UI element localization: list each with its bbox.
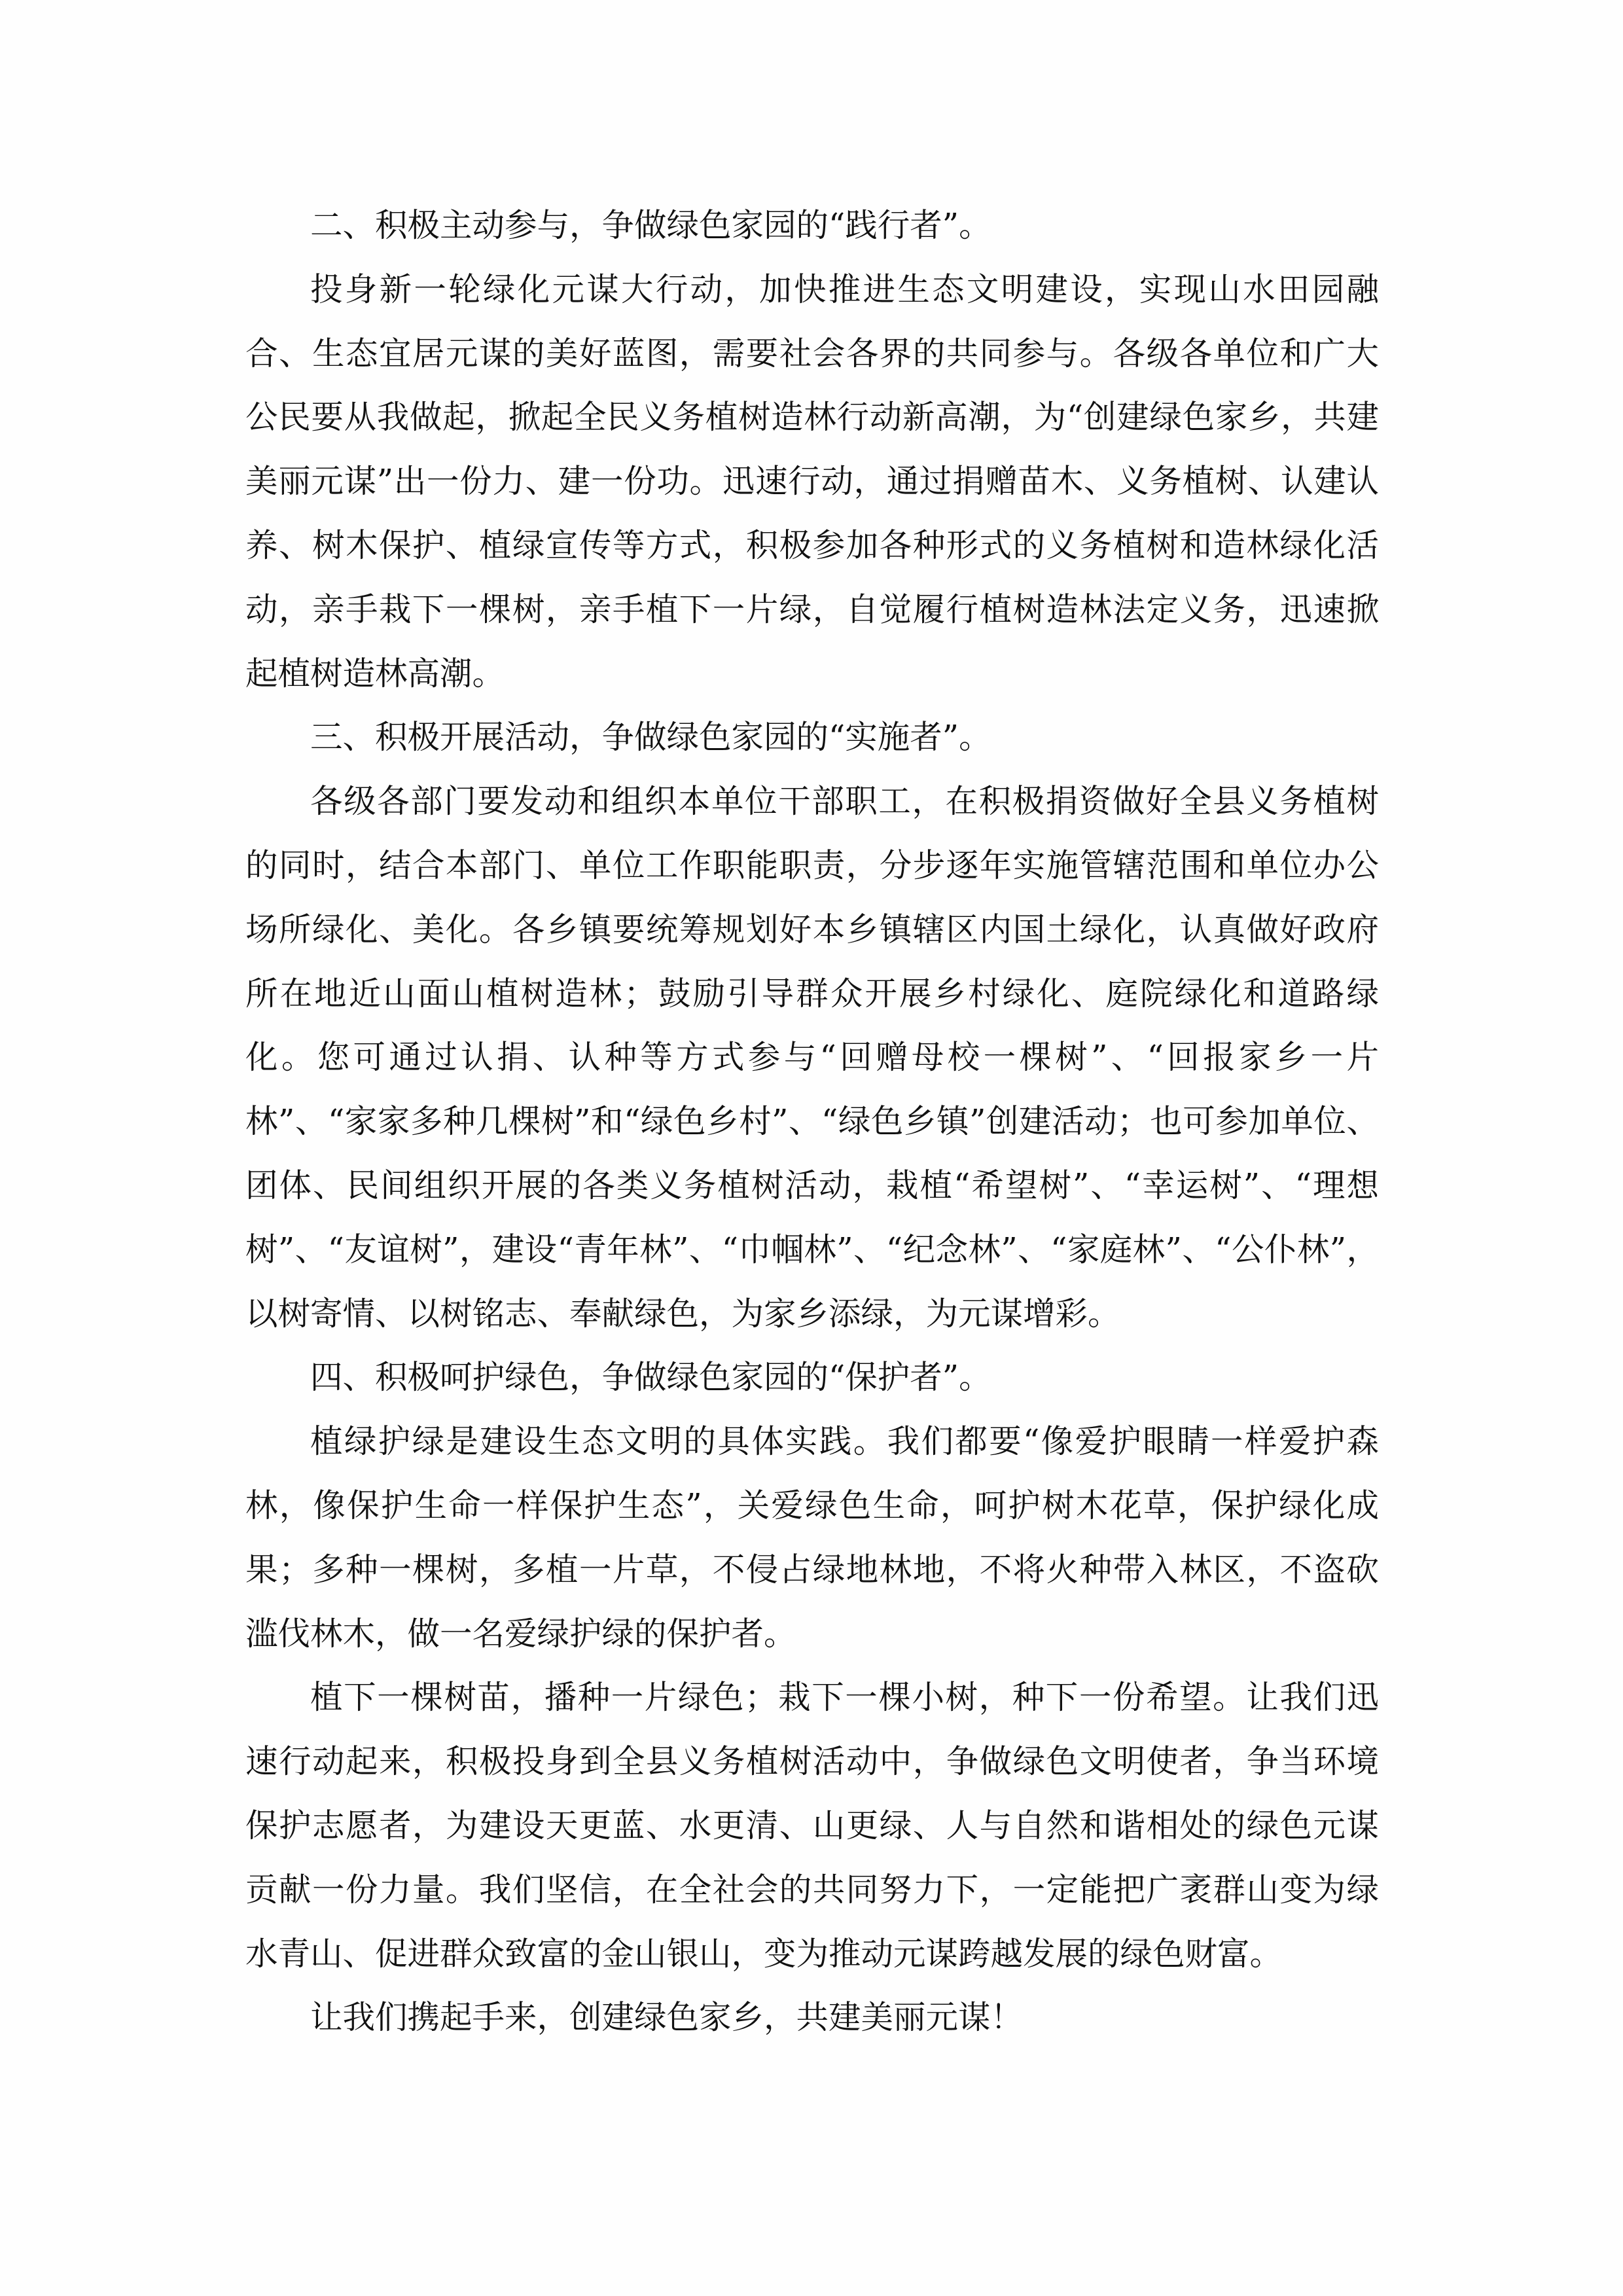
section-heading: 四、积极呵护绿色，争做绿色家园的“保护者”。: [245, 1346, 1379, 1410]
document-page: 二、积极主动参与，争做绿色家园的“践行者”。 投身新一轮绿化元谋大行动，加快推进…: [245, 194, 1379, 2050]
body-paragraph: 植下一棵树苗，播种一片绿色；栽下一棵小树，种下一份希望。让我们迅速行动起来，积极…: [245, 1666, 1379, 1986]
section-practitioner: 二、积极主动参与，争做绿色家园的“践行者”。 投身新一轮绿化元谋大行动，加快推进…: [245, 194, 1379, 706]
body-paragraph: 植绿护绿是建设生态文明的具体实践。我们都要“像爱护眼睛一样爱护森林，像保护生命一…: [245, 1410, 1379, 1666]
section-heading: 三、积极开展活动，争做绿色家园的“实施者”。: [245, 706, 1379, 770]
body-paragraph: 各级各部门要发动和组织本单位干部职工，在积极捐资做好全县义务植树的同时，结合本部…: [245, 770, 1379, 1346]
section-protector: 四、积极呵护绿色，争做绿色家园的“保护者”。 植绿护绿是建设生态文明的具体实践。…: [245, 1346, 1379, 2050]
section-heading: 二、积极主动参与，争做绿色家园的“践行者”。: [245, 194, 1379, 258]
closing-paragraph: 让我们携起手来，创建绿色家乡，共建美丽元谋！: [245, 1986, 1379, 2050]
body-paragraph: 投身新一轮绿化元谋大行动，加快推进生态文明建设，实现山水田园融合、生态宜居元谋的…: [245, 258, 1379, 706]
section-implementer: 三、积极开展活动，争做绿色家园的“实施者”。 各级各部门要发动和组织本单位干部职…: [245, 706, 1379, 1346]
